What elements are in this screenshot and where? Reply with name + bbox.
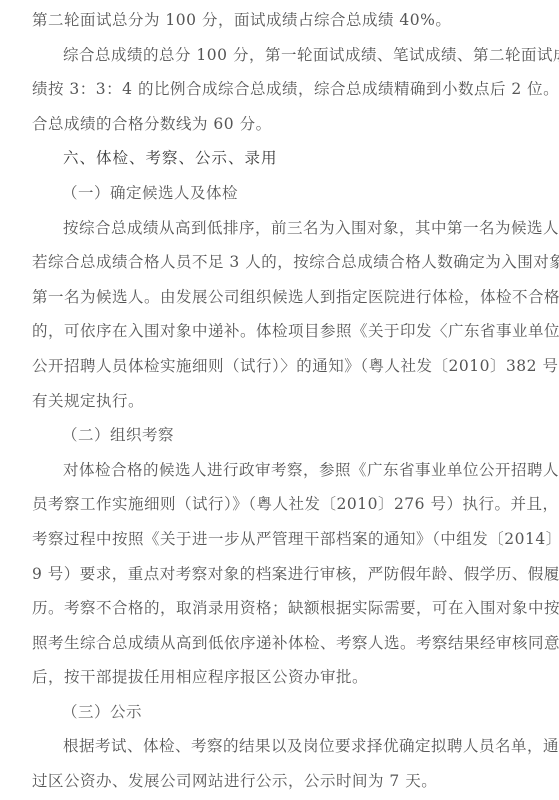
subsection-heading: （二）组织考察 [32, 418, 528, 453]
paragraph-line: 若综合总成绩合格人员不足 3 人的，按综合总成绩合格人数确定为入围对象， [32, 245, 528, 280]
section-heading: 六、体检、考察、公示、录用 [32, 141, 528, 176]
paragraph-line: 综合总成绩的总分 100 分，第一轮面试成绩、笔试成绩、第二轮面试成 [32, 38, 528, 73]
paragraph-line: 员考察工作实施细则（试行）》（粤人社发〔2010〕276 号）执行。并且， [32, 487, 528, 522]
paragraph-line: 合总成绩的合格分数线为 60 分。 [32, 107, 528, 142]
paragraph-line: 考察过程中按照《关于进一步从严管理干部档案的通知》（中组发〔2014〕 [32, 522, 528, 557]
paragraph-line: 过区公资办、发展公司网站进行公示，公示时间为 7 天。 [32, 764, 528, 799]
subsection-heading: （三）公示 [32, 695, 528, 730]
document-page: 第二轮面试总分为 100 分，面试成绩占综合总成绩 40%。 综合总成绩的总分 … [32, 3, 528, 799]
paragraph-line: 对体检合格的候选人进行政审考察，参照《广东省事业单位公开招聘人 [32, 453, 528, 488]
paragraph-line: 第一名为候选人。由发展公司组织候选人到指定医院进行体检，体检不合格 [32, 280, 528, 315]
paragraph-line: 照考生综合总成绩从高到低依序递补体检、考察人选。考察结果经审核同意 [32, 626, 528, 661]
paragraph-line: 9 号）要求，重点对考察对象的档案进行审核，严防假年龄、假学历、假履 [32, 557, 528, 592]
paragraph-line: 历。考察不合格的，取消录用资格；缺额根据实际需要，可在入围对象中按 [32, 591, 528, 626]
paragraph-line: 按综合总成绩从高到低排序，前三名为入围对象，其中第一名为候选人。 [32, 211, 528, 246]
paragraph-line: 绩按 3：3：4 的比例合成综合总成绩，综合总成绩精确到小数点后 2 位。综 [32, 72, 528, 107]
paragraph-line: 后，按干部提拔任用相应程序报区公资办审批。 [32, 660, 528, 695]
paragraph-line: 第二轮面试总分为 100 分，面试成绩占综合总成绩 40%。 [32, 3, 528, 38]
paragraph-line: 公开招聘人员体检实施细则（试行）〉的通知》（粤人社发〔2010〕382 号） [32, 349, 528, 384]
paragraph-line: 根据考试、体检、考察的结果以及岗位要求择优确定拟聘人员名单，通 [32, 729, 528, 764]
paragraph-line: 有关规定执行。 [32, 384, 528, 419]
paragraph-line: 的，可依序在入围对象中递补。体检项目参照《关于印发〈广东省事业单位 [32, 314, 528, 349]
subsection-heading: （一）确定候选人及体检 [32, 176, 528, 211]
